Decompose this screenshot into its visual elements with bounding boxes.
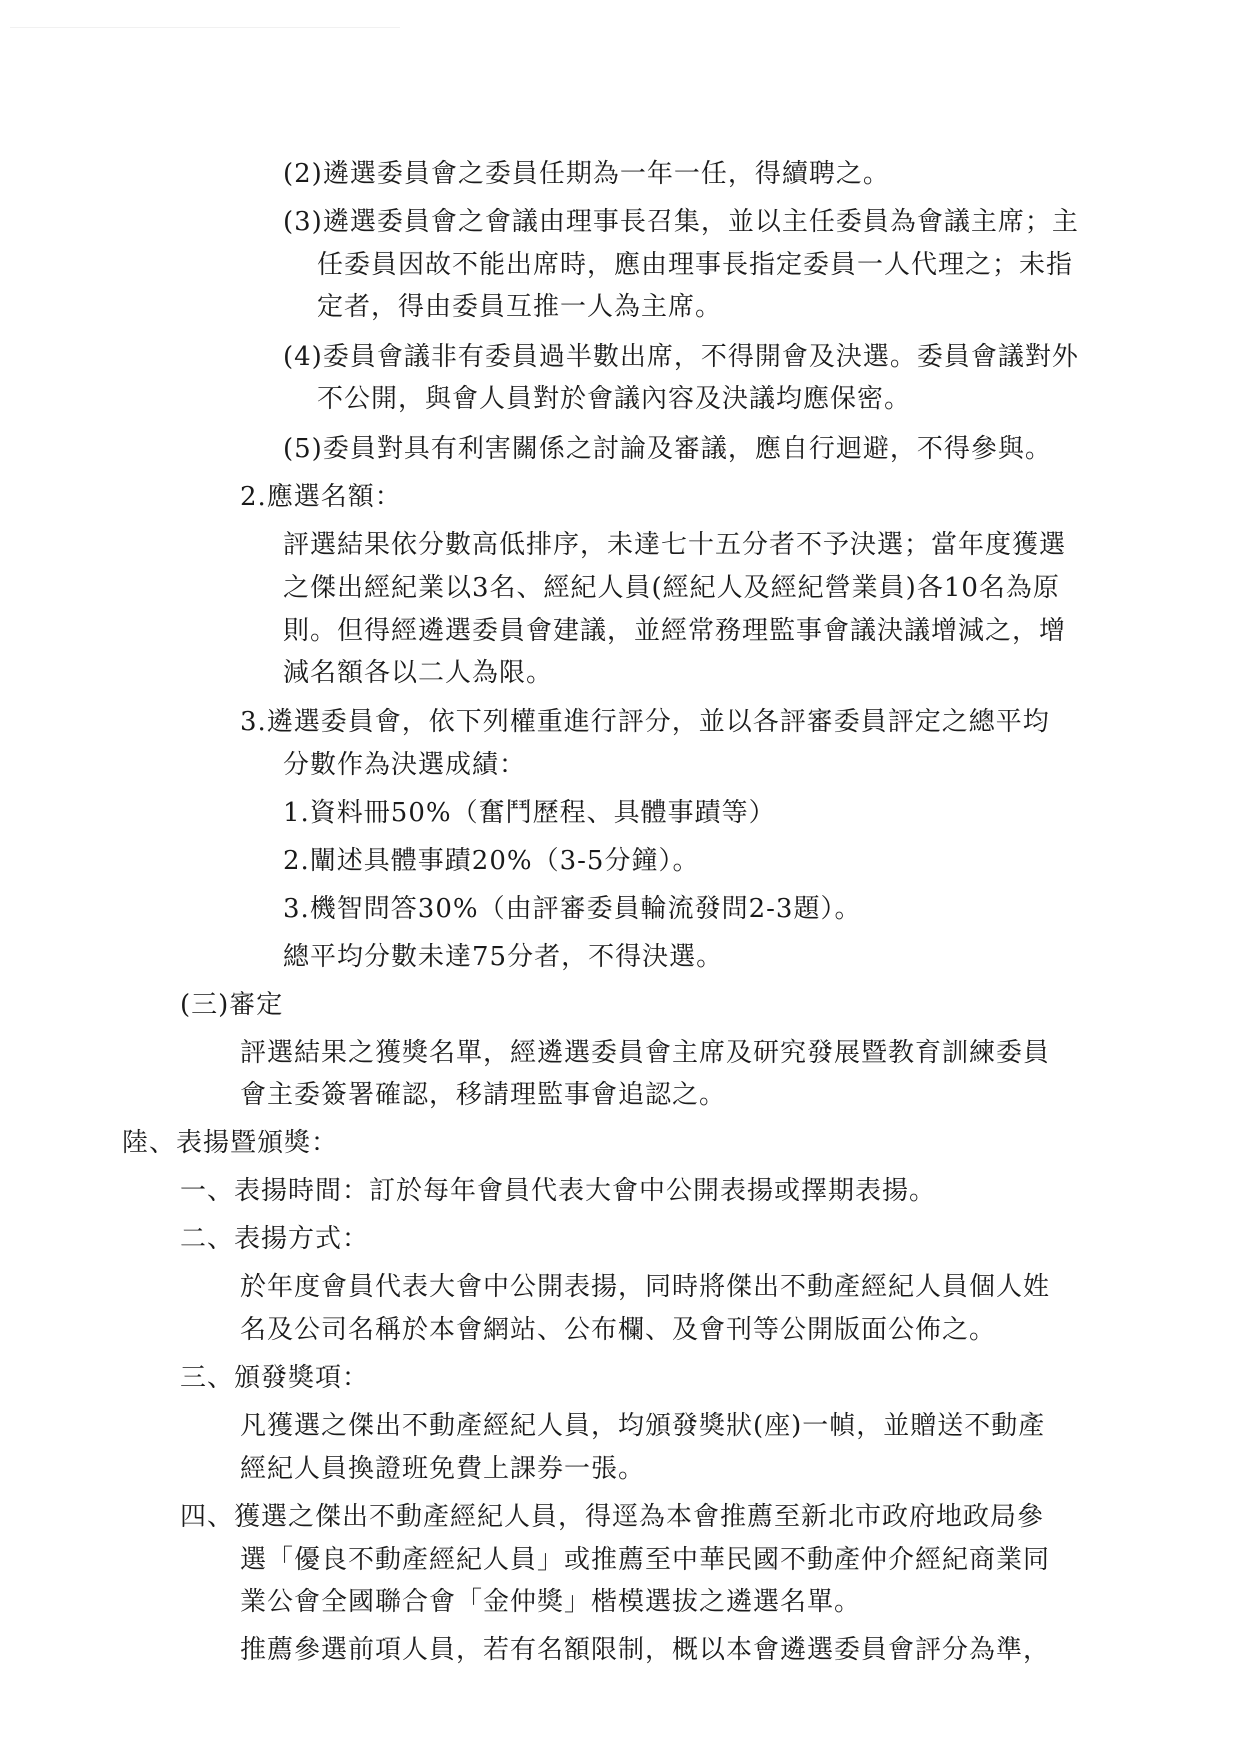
item-3-body-1: 凡獲選之傑出不動產經紀人員，均頒發獎狀(座)一幀，並贈送不動產 [240, 1409, 1045, 1443]
item-1-time: 一、表揚時間：訂於每年會員代表大會中公開表揚或擇期表揚。 [180, 1174, 936, 1208]
item-2-heading: 二、表揚方式： [180, 1222, 369, 1256]
weight-item-2: 2.闡述具體事蹟20%（3-5分鐘）。 [283, 844, 699, 878]
section-3-heading-2: 分數作為決選成績： [283, 748, 526, 782]
clause-4-line-1: (4)委員會議非有委員過半數出席，不得開會及決選。委員會議對外 [283, 340, 1079, 374]
weight-item-3: 3.機智問答30%（由評審委員輪流發問2-3題）。 [283, 892, 861, 926]
item-4-line-4: 推薦參選前項人員，若有名額限制，概以本會遴選委員會評分為準， [240, 1633, 1050, 1667]
section-2-body-4: 減名額各以二人為限。 [283, 656, 553, 690]
clause-3-line-3: 定者，得由委員互推一人為主席。 [317, 290, 722, 324]
clause-2-term: (2)遴選委員會之委員任期為一年一任，得續聘之。 [283, 157, 890, 191]
section-2-body-2: 之傑出經紀業以3名、經紀人員(經紀人及經紀營業員)各10名為原 [283, 571, 1060, 605]
weight-note: 總平均分數未達75分者，不得決選。 [283, 940, 723, 974]
weight-item-1: 1.資料冊50%（奮鬥歷程、具體事蹟等） [283, 796, 776, 830]
item-3-body-2: 經紀人員換證班免費上課券一張。 [240, 1452, 645, 1486]
section-2-body-1: 評選結果依分數高低排序，未達七十五分者不予決選；當年度獲選 [283, 528, 1066, 562]
item-2-body-1: 於年度會員代表大會中公開表揚，同時將傑出不動產經紀人員個人姓 [240, 1270, 1050, 1304]
section-2-body-3: 則。但得經遴選委員會建議，並經常務理監事會議決議增減之，增 [283, 614, 1066, 648]
scan-artifact [10, 27, 400, 28]
section-3-heading-1: 3.遴選委員會，依下列權重進行評分，並以各評審委員評定之總平均 [240, 705, 1050, 739]
item-2-body-2: 名及公司名稱於本會網站、公布欄、及會刊等公開版面公佈之。 [240, 1313, 996, 1347]
item-3-heading: 三、頒發獎項： [180, 1361, 369, 1395]
section-2-heading: 2.應選名額： [240, 480, 402, 514]
clause-3-line-1: (3)遴選委員會之會議由理事長召集，並以主任委員為會議主席；主 [283, 205, 1079, 239]
item-4-line-1: 四、獲選之傑出不動產經紀人員，得逕為本會推薦至新北市政府地政局參 [180, 1500, 1044, 1534]
subsection-3-body-1: 評選結果之獲獎名單，經遴選委員會主席及研究發展暨教育訓練委員 [240, 1036, 1050, 1070]
clause-4-line-2: 不公開，與會人員對於會議內容及決議均應保密。 [317, 382, 911, 416]
chapter-6-heading: 陸、表揚暨頒獎： [122, 1126, 338, 1160]
subsection-3-heading: (三)審定 [180, 988, 283, 1022]
clause-3-line-2: 任委員因故不能出席時，應由理事長指定委員一人代理之；未指 [317, 248, 1073, 282]
item-4-line-3: 業公會全國聯合會「金仲獎」楷模選拔之遴選名單。 [240, 1585, 861, 1619]
subsection-3-body-2: 會主委簽署確認，移請理監事會追認之。 [240, 1078, 726, 1112]
clause-5: (5)委員對具有利害關係之討論及審議，應自行迴避，不得參與。 [283, 432, 1052, 466]
item-4-line-2: 選「優良不動產經紀人員」或推薦至中華民國不動產仲介經紀商業同 [240, 1543, 1050, 1577]
